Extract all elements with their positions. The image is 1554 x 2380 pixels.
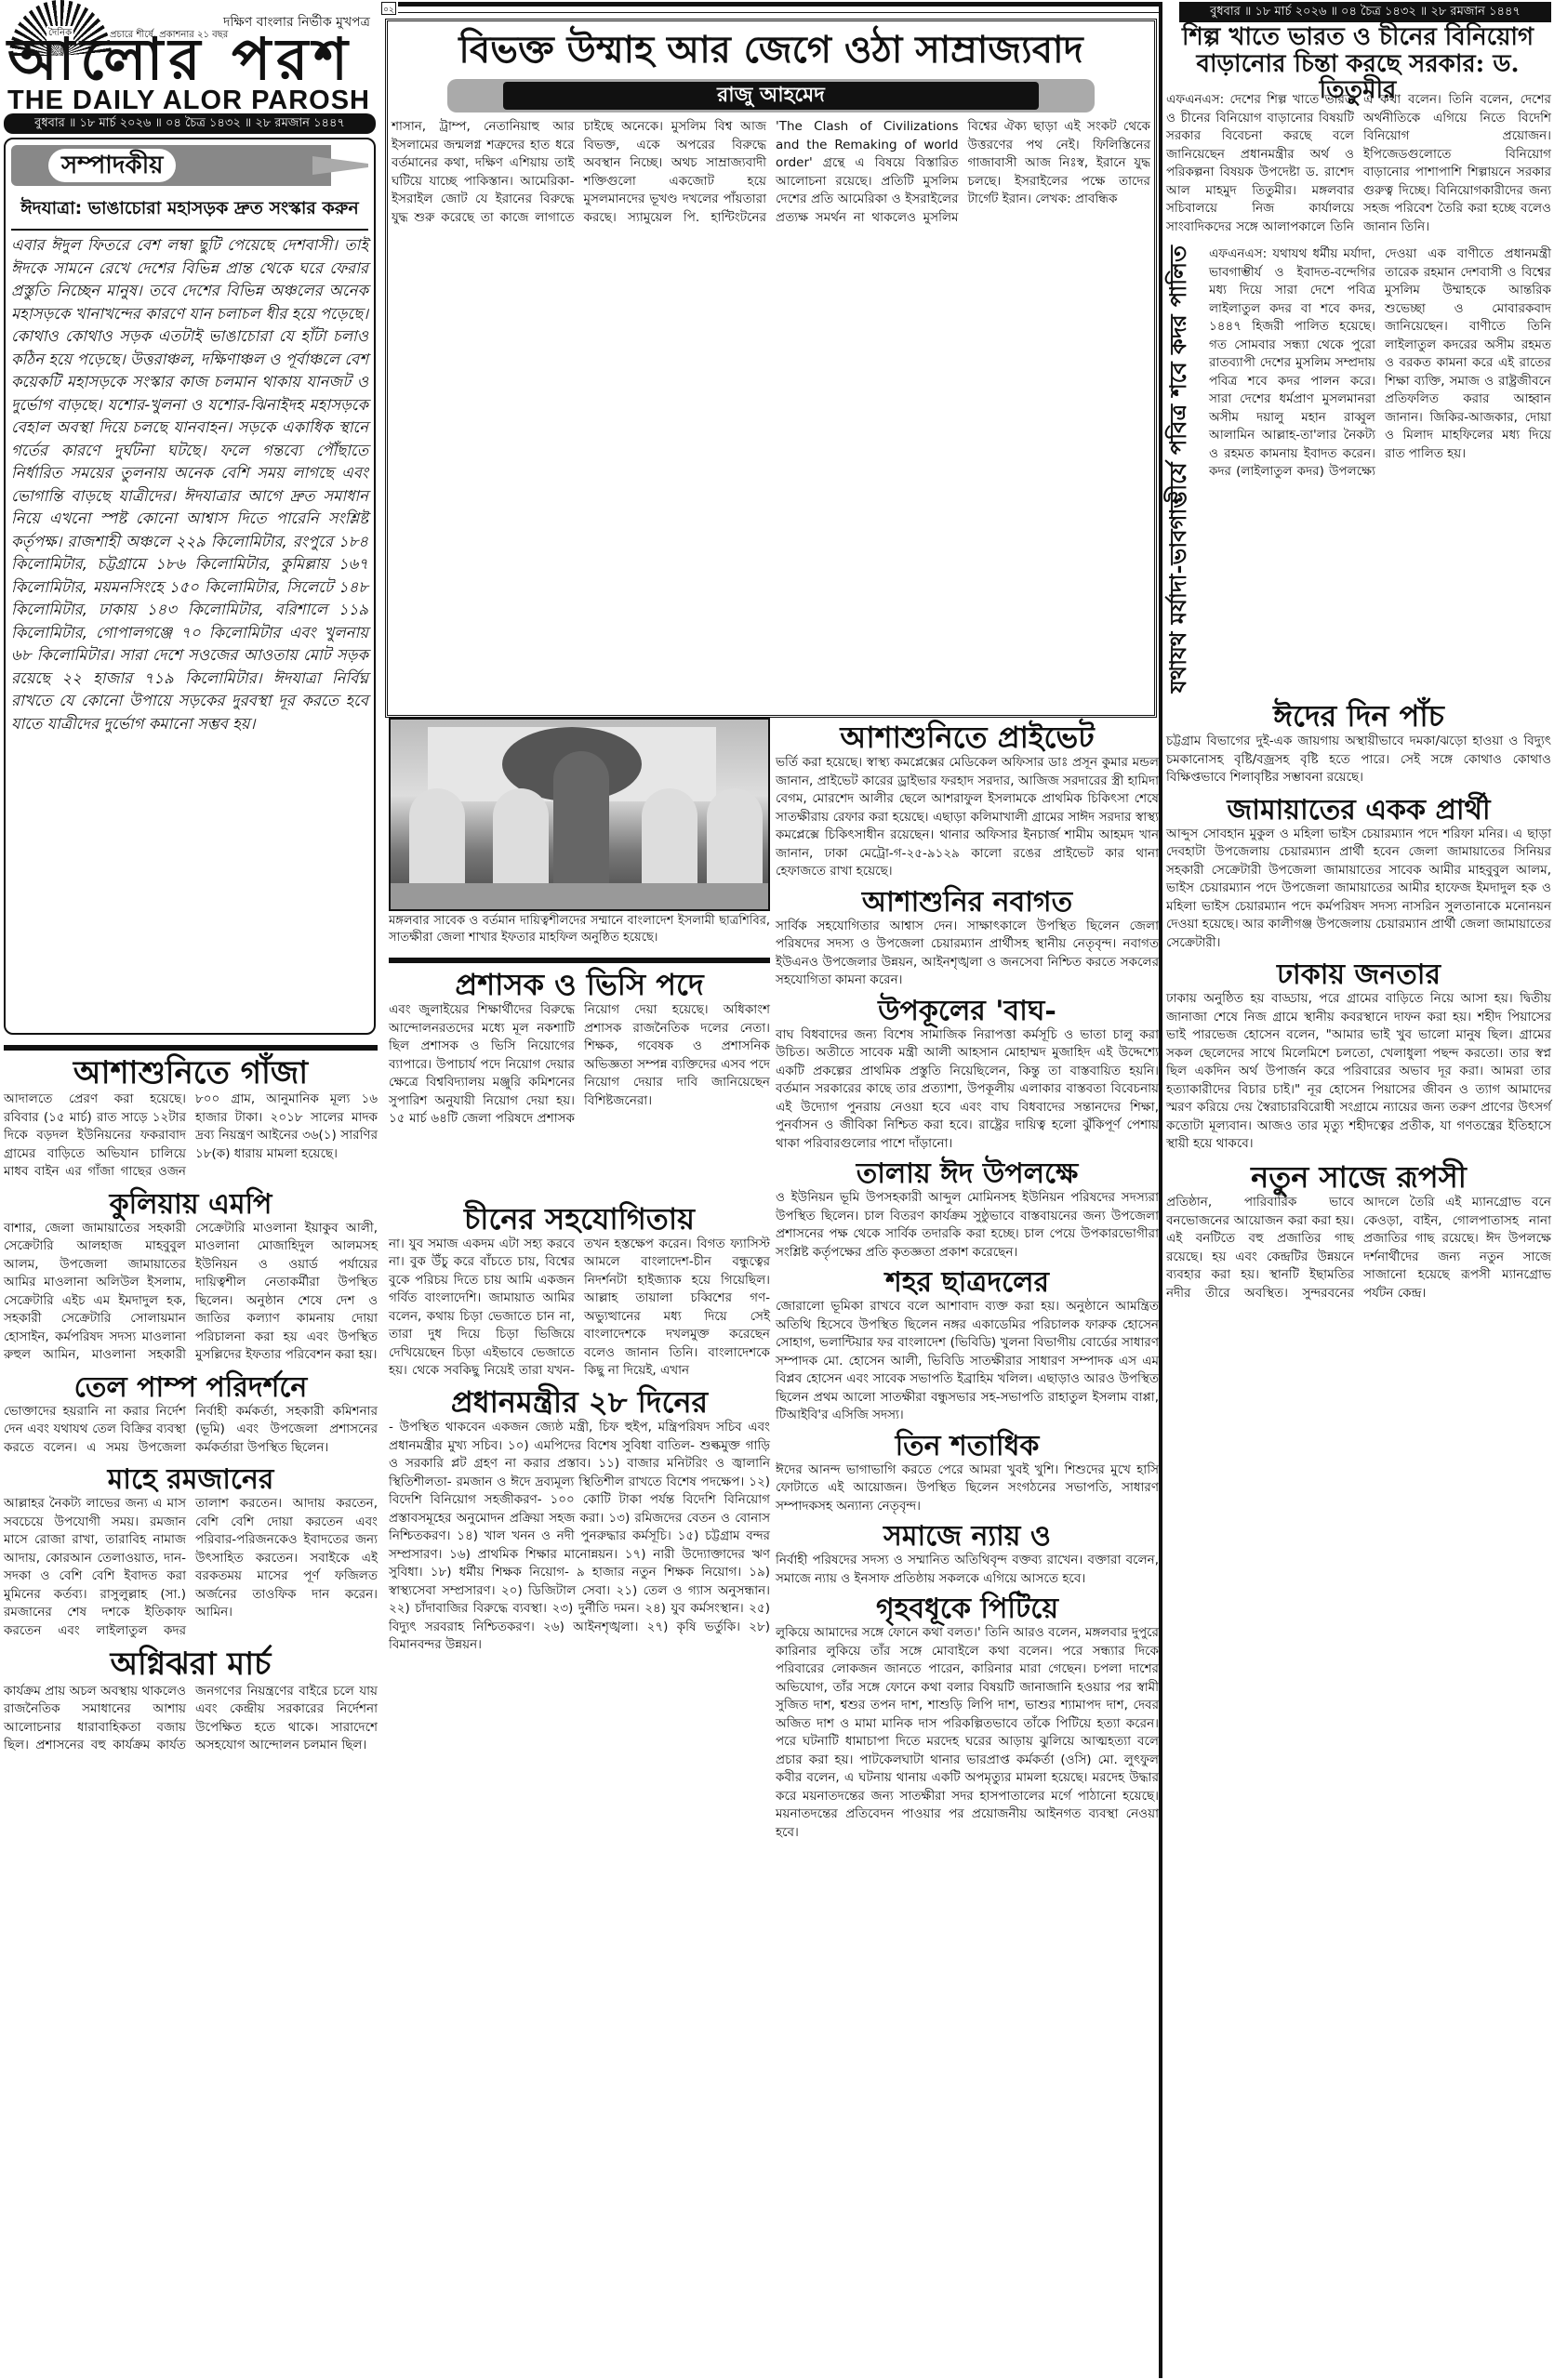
story-headline: সমাজে ন্যায় ও [776, 1521, 1159, 1552]
story-headline: আশাশুনির নবাগত [776, 887, 1159, 918]
story-oil-pump[interactable]: তেল পাম্প পরিদর্শনে ভোক্তাদের হয়রানি না… [4, 1372, 378, 1458]
story-headline: মাহে রমজানের [4, 1464, 378, 1495]
story-headline: শহর ছাত্রদলের [776, 1267, 1159, 1298]
story-body: ঢাকায় অনুষ্ঠিত হয় বাড্ডায়, পরে গ্রামে… [1166, 990, 1551, 1154]
column-divider [1159, 2, 1162, 2378]
story-headline: আশাশুনিতে গাঁজা [4, 1056, 378, 1091]
story-body: জোরালো ভূমিকা রাখবে বলে আশাবাদ ব্যক্ত কর… [776, 1298, 1159, 1425]
story-body: না। যুব সমাজ একদম এটা সহ্য করবে না। বুক … [389, 1236, 770, 1381]
story-headline: নতুন সাজে রূপসী [1166, 1161, 1551, 1194]
top-rule [398, 2, 1161, 13]
pen-nib-icon [312, 156, 368, 175]
news-photo [389, 718, 770, 911]
right-lead-body[interactable]: এফএনএস: দেশের শিল্প খাতে ভারত ও চীনের বি… [1166, 91, 1551, 236]
story-body: এফএনএস: যথাযথ ধর্মীয় মর্যাদা, ভাবগাম্ভী… [1209, 245, 1551, 693]
masthead-dateline: বুধবার ॥ ১৮ মার্চ ২০২৬ ॥ ০৪ চৈত্র ১৪৩২ ॥… [4, 113, 376, 134]
story-body: ও ইউনিয়ন ভূমি উপসহকারী আব্দুল মোমিনসহ ই… [776, 1189, 1159, 1262]
story-city-chhatradal[interactable]: শহর ছাত্রদলের জোরালো ভূমিকা রাখবে বলে আশ… [776, 1267, 1159, 1425]
divider [4, 1045, 378, 1051]
story-ashashuni-private-car[interactable]: আশাশুনিতে প্রাইভেট ভর্তি করা হয়েছে। স্ব… [776, 721, 1159, 881]
editorial-label: সম্পাদকীয় [48, 149, 176, 182]
story-body: আল্লাহর নৈকট্য লাভের জন্য এ মাস সবচেয়ে … [4, 1495, 378, 1640]
story-ramadan[interactable]: মাহে রমজানের আল্লাহর নৈকট্য লাভের জন্য এ… [4, 1464, 378, 1640]
story-jamaat-candidate[interactable]: জামায়াতের একক প্রার্থী আব্দুস সোবহান মু… [1166, 795, 1551, 953]
story-body: ঈদের আনন্দ ভাগাভাগি করতে পেরে আমরা খুবই … [776, 1461, 1159, 1516]
story-headline: তেল পাম্প পরিদর্শনে [4, 1372, 378, 1403]
story-dhaka-public[interactable]: ঢাকায় জনতার ঢাকায় অনুষ্ঠিত হয় বাড্ডায… [1166, 959, 1551, 1154]
story-headline: চীনের সহযোগিতায় [389, 1203, 770, 1236]
story-body: বাশার, জেলা জামায়াতের সহকারী সেক্রেটারি… [4, 1220, 378, 1365]
page-number: ০২ [381, 2, 396, 15]
lead-headline: বিভক্ত উম্মাহ আর জেগে ওঠা সাম্রাজ্যবাদ [392, 25, 1150, 75]
story-body: আব্দুস সোবহান মুকুল ও মহিলা ভাইস চেয়ারম… [1166, 826, 1551, 953]
story-coastal-tiger[interactable]: উপকূলের 'বাঘ- বাঘ বিধবাদের জন্য বিশেষ সা… [776, 996, 1159, 1154]
story-body: প্রতিষ্ঠান, পারিবারিক ভাবে বনভোজনের আয়ো… [1166, 1194, 1551, 1302]
story-body: চট্টগ্রাম বিভাগের দুই-এক জায়গায় অস্থায… [1166, 733, 1551, 787]
editorial-banner: সম্পাদকীয় [11, 145, 331, 186]
photo-person [707, 788, 763, 891]
column-1-stories: আশাশুনিতে গাঁজা আদালতে প্রেরণ করা হয়েছে… [4, 1039, 378, 1755]
story-headline: কুলিয়ায় এমপি [4, 1189, 378, 1220]
story-three-hundred[interactable]: তিন শতাধিক ঈদের আনন্দ ভাগাভাগি করতে পেরে… [776, 1431, 1159, 1516]
story-headline: উপকূলের 'বাঘ- [776, 996, 1159, 1026]
story-headline: গৃহবধূকে পিটিয়ে [776, 1593, 1159, 1624]
story-rupsi[interactable]: নতুন সাজে রূপসী প্রতিষ্ঠান, পারিবারিক ভা… [1166, 1161, 1551, 1302]
story-kuliya-mp[interactable]: কুলিয়ায় এমপি বাশার, জেলা জামায়াতের সহ… [4, 1189, 378, 1365]
story-body: সার্বিক সহযোগিতার আশ্বাস দেন। সাক্ষাৎকাল… [776, 918, 1159, 990]
story-headline: প্রশাসক ও ভিসি পদে [389, 969, 770, 1001]
author-byline: রাজু আহমেদ [503, 82, 1039, 110]
story-headline: প্রধানমন্ত্রীর ২৮ দিনের [389, 1386, 770, 1419]
story-headline: ঢাকায় জনতার [1166, 959, 1551, 990]
story-headline: জামায়াতের একক প্রার্থী [1166, 795, 1551, 826]
story-administrator-vc[interactable]: প্রশাসক ও ভিসি পদে এবং জুলাইয়ের শিক্ষার… [389, 969, 770, 1129]
editorial-body: এবার ঈদুল ফিতরে বেশ লম্বা ছুটি পেয়েছে দ… [11, 234, 368, 735]
story-ganja[interactable]: আশাশুনিতে গাঁজা আদালতে প্রেরণ করা হয়েছে… [4, 1056, 378, 1182]
photo-person [642, 788, 697, 891]
story-headline: তালায় ঈদ উপলক্ষে [776, 1158, 1159, 1189]
story-housewife-beaten[interactable]: গৃহবধূকে পিটিয়ে লুকিয়ে আমাদের সঙ্গে ফো… [776, 1593, 1159, 1842]
story-body: ভোক্তাদের হয়রানি না করার নির্দেশ দেন এব… [4, 1403, 378, 1458]
story-ashashuni-new-uno[interactable]: আশাশুনির নবাগত সার্বিক সহযোগিতার আশ্বাস … [776, 887, 1159, 990]
story-body: ভর্তি করা হয়েছে। স্বাস্থ্য কমপ্লেক্সের … [776, 754, 1159, 881]
newspaper-logo-english: THE DAILY ALOR PAROSH [7, 86, 370, 116]
story-shab-e-qadr[interactable]: যথাযথ মর্যাদা-ভাবগাম্ভীর্যে পবিত্র শবে ক… [1166, 245, 1551, 693]
photo-person [493, 788, 549, 891]
masthead: দৈনিক প্রচারে শীর্ষে, প্রকাশনার ২১ বছর দ… [0, 0, 381, 130]
photo-person-speaker [553, 751, 609, 891]
divider [389, 958, 770, 963]
lead-article[interactable]: বিভক্ত উম্মাহ আর জেগে ওঠা সাম্রাজ্যবাদ র… [385, 19, 1157, 718]
story-body: এবং জুলাইয়ের শিক্ষার্থীদের বিরুদ্ধে আন্… [389, 1001, 770, 1129]
story-body: লুকিয়ে আমাদের সঙ্গে ফোনে কথা বলত।' তিনি… [776, 1624, 1159, 1842]
story-headline: তিন শতাধিক [776, 1431, 1159, 1461]
story-tala-eid[interactable]: তালায় ঈদ উপলক্ষে ও ইউনিয়ন ভূমি উপসহকার… [776, 1158, 1159, 1262]
story-body: নির্বাহী পরিষদের সদস্য ও সম্মানিত অতিথিব… [776, 1552, 1159, 1588]
editorial-box: সম্পাদকীয় ঈদযাত্রা: ভাঙাচোরা মহাসড়ক দ্… [4, 138, 376, 1035]
story-justice-society[interactable]: সমাজে ন্যায় ও নির্বাহী পরিষদের সদস্য ও … [776, 1521, 1159, 1588]
byline-banner: রাজু আহমেদ [447, 79, 1095, 112]
photo-caption: মঙ্গলবার সাবেক ও বর্তমান দায়িত্বশীলদের … [389, 913, 770, 946]
newspaper-logo-bangla: আলোর পরশ [7, 33, 353, 86]
column-4-stories: এফএনএস: দেশের শিল্প খাতে ভারত ও চীনের বি… [1166, 91, 1551, 1302]
story-pm-28-days[interactable]: প্রধানমন্ত্রীর ২৮ দিনের - উপস্থিত থাকবেন… [389, 1386, 770, 1655]
story-body: বাঘ বিধবাদের জন্য বিশেষ সামাজিক নিরাপত্ত… [776, 1026, 1159, 1154]
story-body: আদালতে প্রেরণ করা হয়েছে। রবিবার (১৫ মার… [4, 1091, 378, 1182]
right-dateline: বুধবার ॥ ১৮ মার্চ ২০২৬ ॥ ০৪ চৈত্র ১৪৩২ ॥… [1179, 2, 1551, 22]
column-3-stories: আশাশুনিতে প্রাইভেট ভর্তি করা হয়েছে। স্ব… [776, 721, 1159, 1842]
story-body: কার্যক্রম প্রায় অচল অবস্থায় থাকলেও রাজ… [4, 1683, 378, 1755]
story-headline: ঈদের দিন পাঁচ [1166, 700, 1551, 733]
story-china-cooperation[interactable]: চীনের সহযোগিতায় না। যুব সমাজ একদম এটা স… [389, 1203, 770, 1381]
story-headline: যথাযথ মর্যাদা-ভাবগাম্ভীর্যে পবিত্র শবে ক… [1166, 245, 1203, 693]
story-march[interactable]: অগ্নিঝরা মার্চ কার্যক্রম প্রায় অচল অবস্… [4, 1647, 378, 1754]
column-2-stories: প্রশাসক ও ভিসি পদে এবং জুলাইয়ের শিক্ষার… [389, 952, 770, 1655]
story-headline: আশাশুনিতে প্রাইভেট [776, 721, 1159, 754]
story-eid-weather[interactable]: ঈদের দিন পাঁচ চট্টগ্রাম বিভাগের দুই-এক জ… [1166, 700, 1551, 787]
lead-body: শাসান, ট্রাম্প, নেতানিয়াহু আর ইসলামের জ… [392, 118, 1150, 227]
editorial-headline: ঈদযাত্রা: ভাঙাচোরা মহাসড়ক দ্রুত সংস্কার… [11, 195, 368, 231]
photo-table [391, 883, 768, 909]
story-body: - উপস্থিত থাকবেন একজন জ্যেষ্ঠ মন্ত্রী, চ… [389, 1419, 770, 1655]
story-headline: অগ্নিঝরা মার্চ [4, 1647, 378, 1682]
photo-person [409, 788, 465, 891]
